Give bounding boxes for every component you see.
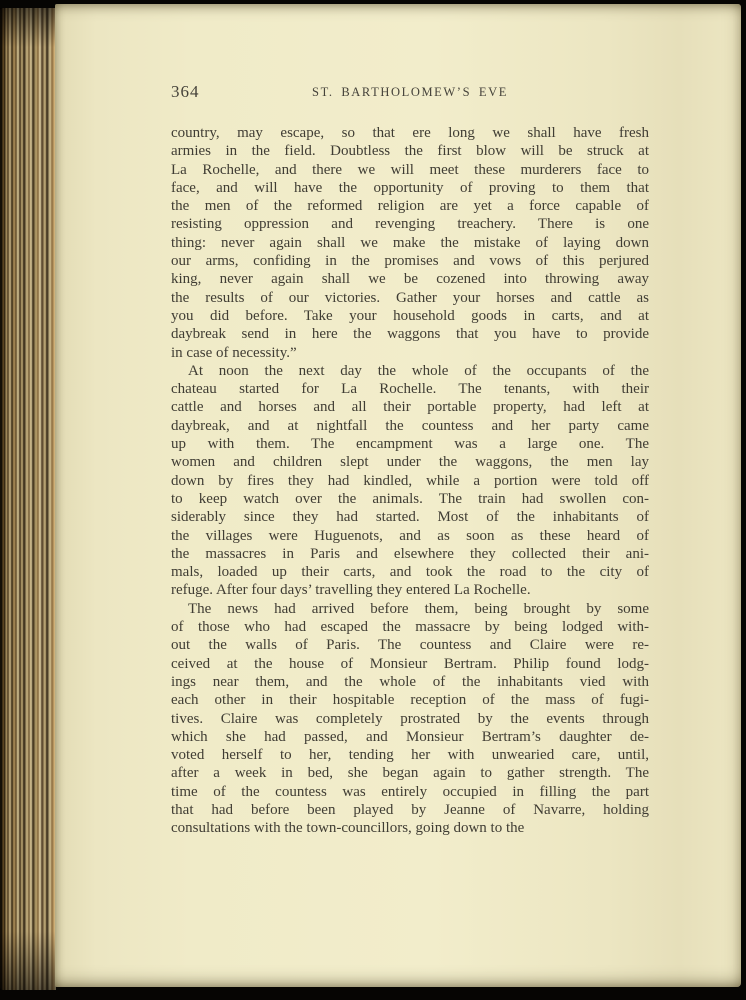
text-line: king, never again shall we be cozened in… [171,270,649,288]
text-line: out the walls of Paris. The countess and… [171,636,649,654]
text-line: At noon the next day the whole of the oc… [171,362,649,380]
text-line: our arms, confiding in the promises and … [171,252,649,270]
paragraph: The news had arrived before them, being … [171,600,649,838]
text-line: siderably since they had started. Most o… [171,508,649,526]
text-line: tives. Claire was completely prostrated … [171,710,649,728]
text-line: daybreak, and at nightfall the countess … [171,417,649,435]
text-line: the results of our victories. Gather you… [171,289,649,307]
text-line: which she had passed, and Monsieur Bertr… [171,728,649,746]
text-line: armies in the field. Doubtless the first… [171,142,649,160]
text-line: of those who had escaped the massacre by… [171,618,649,636]
book-page: 364 ST. BARTHOLOMEW’S EVE country, may e… [55,4,741,987]
text-line: country, may escape, so that ere long we… [171,124,649,142]
text-line: that had before been played by Jeanne of… [171,801,649,819]
text-line: mals, loaded up their carts, and took th… [171,563,649,581]
text-line: ceived at the house of Monsieur Bertram.… [171,655,649,673]
text-line: women and children slept under the waggo… [171,453,649,471]
text-line: the villages were Huguenots, and as soon… [171,527,649,545]
text-line: to keep watch over the animals. The trai… [171,490,649,508]
text-line: thing: never again shall we make the mis… [171,234,649,252]
text-line: voted herself to her, tending her with u… [171,746,649,764]
text-line: the men of the reformed religion are yet… [171,197,649,215]
page-edge-stack [0,8,56,990]
page-header: 364 ST. BARTHOLOMEW’S EVE [171,82,649,102]
page-body-text: country, may escape, so that ere long we… [171,124,649,838]
text-line: refuge. After four days’ travelling they… [171,581,649,599]
text-line: face, and will have the opportunity of p… [171,179,649,197]
text-line: consultations with the town-councillors,… [171,819,649,837]
text-line: time of the countess was entirely occupi… [171,783,649,801]
text-line: ings near them, and the whole of the inh… [171,673,649,691]
text-line: the massacres in Paris and elsewhere the… [171,545,649,563]
text-line: in case of necessity.” [171,344,649,362]
running-header: ST. BARTHOLOMEW’S EVE [171,85,649,100]
text-line: up with them. The encampment was a large… [171,435,649,453]
paragraph: At noon the next day the whole of the oc… [171,362,649,600]
text-line: after a week in bed, she began again to … [171,764,649,782]
text-line: The news had arrived before them, being … [171,600,649,618]
text-line: you did before. Take your household good… [171,307,649,325]
text-line: daybreak send in here the waggons that y… [171,325,649,343]
text-line: resisting oppression and revenging treac… [171,215,649,233]
text-line: chateau started for La Rochelle. The ten… [171,380,649,398]
text-line: each other in their hospitable reception… [171,691,649,709]
text-line: cattle and horses and all their portable… [171,398,649,416]
text-line: La Rochelle, and there we will meet thes… [171,161,649,179]
paragraph: country, may escape, so that ere long we… [171,124,649,362]
scanned-book-photo: 364 ST. BARTHOLOMEW’S EVE country, may e… [0,0,746,1000]
text-line: down by fires they had kindled, while a … [171,472,649,490]
